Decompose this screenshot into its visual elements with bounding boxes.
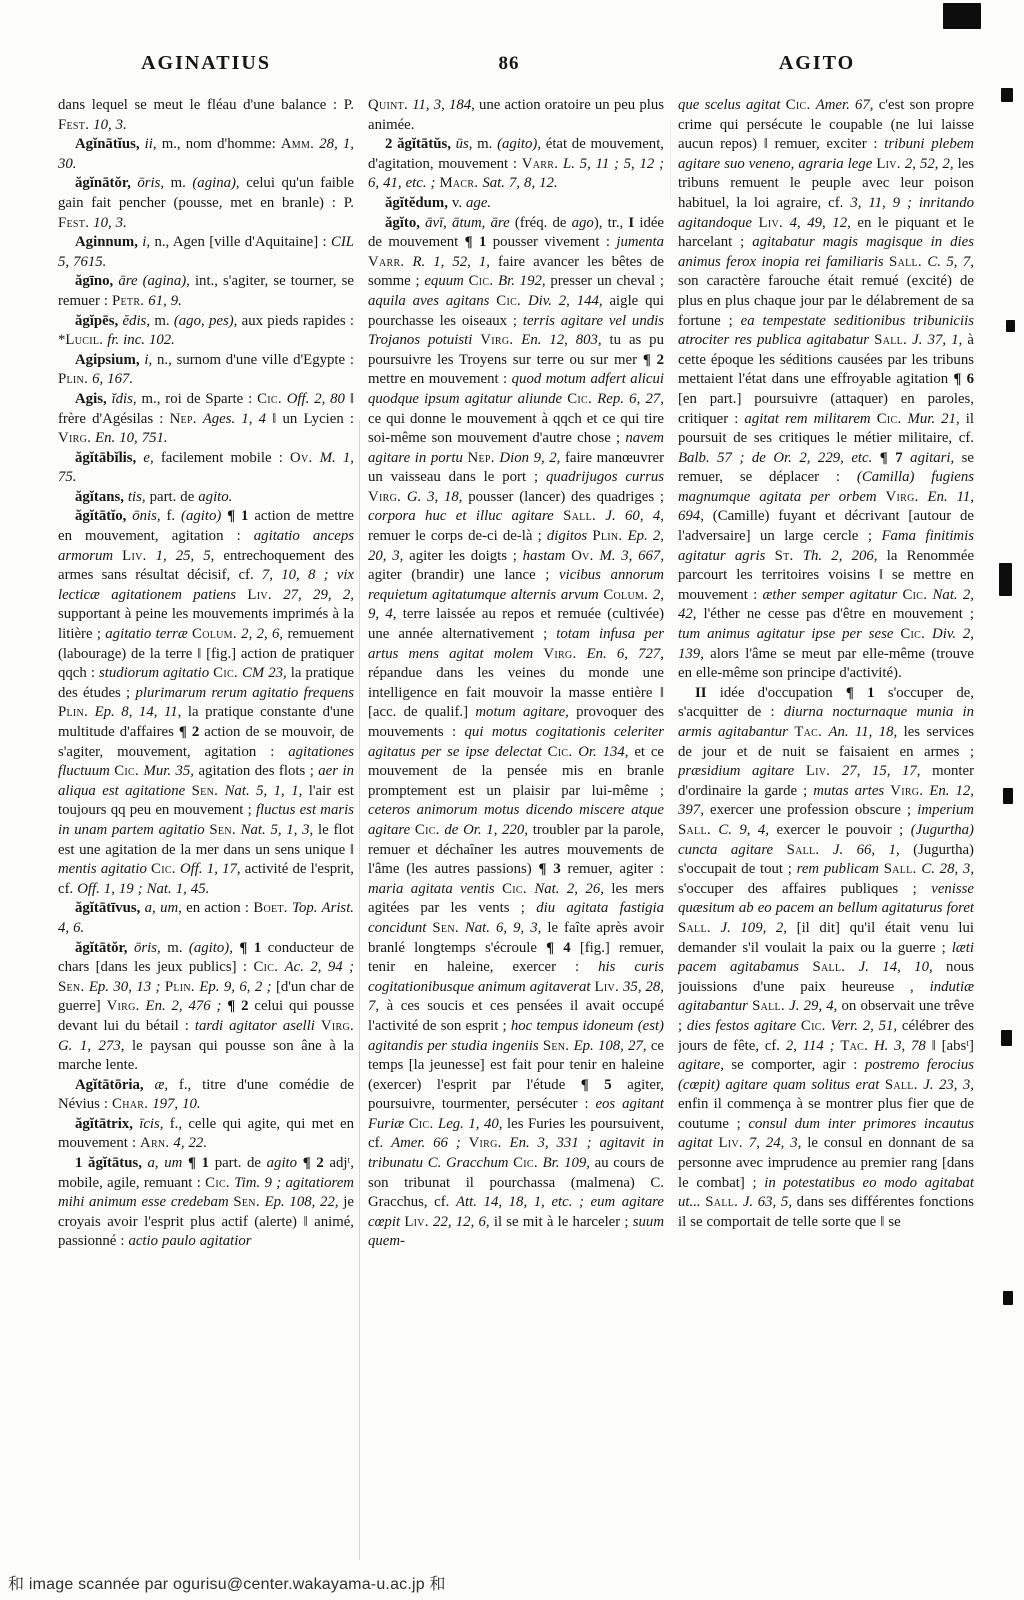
dictionary-paragraph: Quint. 11, 3, 184, une action oratoire u…	[368, 96, 664, 135]
text-run: ăgĭnātŏr,	[75, 175, 131, 191]
text-run: ‖ se	[880, 1214, 900, 1230]
dictionary-paragraph: ăgĭpēs, ĕdis, m. (ago, pes), aux pieds r…	[58, 312, 354, 351]
text-run: ăgīno,	[75, 273, 113, 289]
text-columns: dans lequel se meut le fléau d'une balan…	[58, 96, 974, 1558]
text-run	[845, 959, 858, 975]
column-rule	[670, 120, 671, 200]
text-run: agiter (brandir) une lance ;	[368, 567, 559, 583]
text-run	[502, 1135, 510, 1151]
text-run: En. 3, 331 ;	[510, 1135, 592, 1151]
text-run: CM 23,	[242, 665, 287, 681]
text-run: ōris,	[127, 940, 160, 956]
scan-artifact	[1001, 1030, 1012, 1046]
text-run: Sall.	[705, 1194, 738, 1210]
text-run: Mur. 35,	[144, 763, 195, 779]
text-run: ¶ 2	[221, 998, 254, 1014]
text-run: En. 12, 803,	[521, 332, 601, 348]
text-run: Sen.	[432, 920, 458, 936]
text-run: Liv.	[876, 156, 900, 172]
text-run: 3, 11, 9 ;	[850, 195, 912, 211]
text-run: Virg.	[107, 998, 140, 1014]
text-run	[925, 626, 932, 642]
text-run: 1, 25, 5,	[147, 548, 215, 564]
text-run: agitat rem militarem	[744, 411, 870, 427]
text-run: plurimarum rerum agitatio frequens	[135, 685, 354, 701]
text-run: a, um,	[140, 900, 182, 916]
text-run: Lucil.	[65, 332, 103, 348]
text-run: quadrijugos currus	[546, 469, 664, 485]
text-run: 22, 12, 6,	[433, 1214, 490, 1230]
text-run: C. 28, 3,	[921, 861, 974, 877]
text-run: An. 11, 18,	[829, 724, 898, 740]
text-run: ăgĭtĕdum,	[385, 195, 448, 211]
text-run: ce qui donne le mouvement à qqch et ce q…	[368, 411, 664, 447]
text-run: Nat. 6, 9, 3,	[465, 920, 541, 936]
dictionary-column-2: Quint. 11, 3, 184, une action oratoire u…	[368, 96, 664, 1558]
text-run: æther semper agitatur	[763, 587, 898, 603]
text-run: Th. 2, 206,	[803, 548, 878, 564]
text-run: II	[695, 685, 707, 701]
text-run: Sen.	[543, 1038, 569, 1054]
text-run	[877, 489, 886, 505]
text-run: Att. 14, 18, 1, etc. ;	[456, 1194, 584, 1210]
text-run: i,	[140, 352, 153, 368]
text-run: Cic.	[415, 822, 440, 838]
text-run: Petr.	[112, 293, 144, 309]
text-run: īcis,	[133, 1116, 164, 1132]
text-run: Virg.	[368, 489, 401, 505]
text-run: Nep.	[170, 411, 197, 427]
text-run: Nat. 1, 45.	[147, 881, 210, 897]
text-run: ¶ 2	[643, 352, 664, 368]
dictionary-paragraph: ăgĭtātrix, īcis, f., celle qui agite, qu…	[58, 1115, 354, 1154]
text-run: ūs,	[451, 136, 473, 152]
scan-artifact	[1003, 1291, 1013, 1305]
text-run: Dion 9, 2,	[499, 450, 560, 466]
text-run	[584, 1194, 591, 1210]
text-run: J. 29, 4,	[789, 998, 837, 1014]
text-run: Liv.	[404, 1214, 428, 1230]
text-run: l'éther ne cesse pas d'être en mouvement…	[697, 606, 975, 622]
text-run: Tac.	[794, 724, 822, 740]
text-run: de Or. 1, 220,	[444, 822, 528, 838]
text-run: ¶ 1	[465, 234, 493, 250]
text-run: part. de	[215, 1155, 267, 1171]
text-run: ¶ 5	[581, 1077, 627, 1093]
running-head: AGINATIUS 86 AGITO	[58, 52, 970, 75]
text-run: Virg.	[469, 1135, 502, 1151]
text-run: Sall.	[889, 254, 922, 270]
text-run: Cic.	[801, 1018, 826, 1034]
text-run: 7, 24, 3,	[749, 1135, 802, 1151]
dictionary-paragraph: dans lequel se meut le fléau d'une balan…	[58, 96, 354, 135]
text-run: En. 10, 751.	[91, 430, 168, 446]
text-run: 1 ăgĭtātus,	[75, 1155, 142, 1171]
text-run: J. 23, 3,	[923, 1077, 974, 1093]
text-run: 2, 114 ;	[786, 1038, 835, 1054]
text-run: 2, 52, 2,	[905, 156, 954, 172]
text-run: ¶ 2	[297, 1155, 329, 1171]
text-run	[711, 920, 721, 936]
text-run	[919, 489, 928, 505]
text-run: Cic.	[877, 411, 902, 427]
text-run: ), tr.,	[594, 215, 629, 231]
text-run: que scelus agitat	[678, 97, 780, 113]
text-run: Rep. 6, 27,	[597, 391, 664, 407]
text-run: fr. inc. 102.	[103, 332, 175, 348]
text-run: il se mit à le harceler ;	[490, 1214, 633, 1230]
text-run: pousser vivement :	[493, 234, 617, 250]
text-run	[794, 548, 803, 564]
text-run: 10, 3.	[89, 215, 127, 231]
text-run: ¶ 4	[546, 940, 580, 956]
text-run	[596, 508, 605, 524]
text-run: Arn.	[140, 1135, 169, 1151]
text-run: Boet.	[253, 900, 288, 916]
text-run: agito.	[198, 489, 232, 505]
text-run: Ov.	[290, 450, 313, 466]
text-run: En. 2, 476 ;	[146, 998, 222, 1014]
text-run: m., nom d'homme:	[157, 136, 281, 152]
text-run: Ep. 9, 6, 2 ;	[199, 979, 271, 995]
text-run: motum agitare,	[475, 704, 568, 720]
dictionary-column-1: dans lequel se meut le fléau d'une balan…	[58, 96, 354, 1558]
text-run: n., Agen [ville d'Aquitaine] :	[150, 234, 331, 250]
text-run: ōnis,	[126, 508, 160, 524]
text-run: ĭdis,	[107, 391, 137, 407]
text-run: digitos	[547, 528, 587, 544]
text-run: 6, 167.	[88, 371, 133, 387]
text-run: H. 3, 78	[874, 1038, 926, 1054]
text-run: Br. 192,	[498, 273, 546, 289]
text-run: Sall.	[874, 332, 907, 348]
text-run: Cic.	[205, 1175, 230, 1191]
text-run: Mur. 21,	[908, 411, 960, 427]
text-run: tum animus agitatur ipse per sese	[678, 626, 893, 642]
text-run: f.	[161, 508, 181, 524]
text-run: Liv.	[122, 548, 146, 564]
text-run: Sall.	[563, 508, 596, 524]
text-run: exercer le pouvoir ;	[769, 822, 911, 838]
text-run: Ep. 30, 13 ;	[89, 979, 161, 995]
text-run: Plin.	[165, 979, 195, 995]
text-run: J. 14, 10,	[859, 959, 933, 975]
text-run: Fest.	[58, 215, 89, 231]
text-run: Sall.	[678, 822, 711, 838]
text-run: e,	[136, 450, 153, 466]
text-run	[329, 567, 337, 583]
text-run: Liv.	[759, 215, 783, 231]
text-run: a, um	[142, 1155, 182, 1171]
text-run: en action :	[182, 900, 253, 916]
text-run	[554, 508, 563, 524]
text-run: Sall.	[678, 920, 711, 936]
text-run: G. 1, 273,	[58, 1038, 124, 1054]
dictionary-column-3: que scelus agitat Cic. Amer. 67, c'est s…	[678, 96, 974, 1558]
dictionary-paragraph: Agĭtātōria, æ, f., titre d'une comédie d…	[58, 1076, 354, 1115]
text-run: ăgĭto,	[385, 215, 420, 231]
dictionary-paragraph: Aginnum, i, n., Agen [ville d'Aquitaine]…	[58, 233, 354, 272]
dictionary-paragraph: ăgĭto, āvī, ātum, āre (fréq. de ago), tr…	[368, 214, 664, 1252]
text-run: Or. 134,	[578, 744, 628, 760]
text-run: G. 3, 18,	[407, 489, 463, 505]
text-run: age.	[466, 195, 491, 211]
text-run: Virg.	[58, 430, 91, 446]
text-run: Cic.	[257, 391, 282, 407]
text-run: æ,	[144, 1077, 168, 1093]
text-run: Cic.	[900, 626, 925, 642]
scanned-dictionary-page: AGINATIUS 86 AGITO dans lequel se meut l…	[0, 0, 1024, 1600]
text-run: agitatio terræ	[105, 626, 187, 642]
text-run: Sen.	[209, 822, 235, 838]
text-run: St.	[775, 548, 794, 564]
text-run: ăgĭtābĭlis,	[75, 450, 136, 466]
text-run	[799, 959, 812, 975]
text-run: corpora huc et illuc agitare	[368, 508, 554, 524]
page-number: 86	[354, 53, 664, 75]
text-run: Ages. 1, 4	[197, 411, 266, 427]
text-run: Cic.	[213, 665, 238, 681]
text-run: Cic.	[114, 763, 139, 779]
text-run: En. 6, 727,	[587, 646, 664, 662]
text-run: ii,	[140, 136, 157, 152]
text-run: ōris,	[131, 175, 164, 191]
text-run: ¶ 6	[953, 371, 974, 387]
text-run: m.	[161, 940, 189, 956]
text-run: Sall.	[752, 998, 785, 1014]
text-run: Aginnum,	[75, 234, 138, 250]
text-run: Ep. 108, 27,	[574, 1038, 647, 1054]
text-run: part. de	[146, 489, 199, 505]
text-run: presser un cheval ;	[546, 273, 664, 289]
text-run: Ep. 8, 14, 11,	[95, 704, 182, 720]
text-run: Cic.	[513, 1155, 538, 1171]
text-run: dans lequel se meut le fléau d'une balan…	[58, 97, 354, 113]
text-run: 4, 22.	[169, 1135, 207, 1151]
text-run: tardi agitator aselli	[195, 1018, 315, 1034]
text-run: s'occuper des affaires publiques ;	[678, 881, 931, 897]
text-run: ĕdis,	[118, 313, 150, 329]
scan-artifact	[999, 563, 1012, 596]
text-run: Liv.	[247, 587, 271, 603]
text-run: 197, 10.	[148, 1096, 200, 1112]
text-run: agitari,	[910, 450, 954, 466]
text-run: ‖ un Lycien :	[266, 411, 354, 427]
text-run: ăgĭpēs,	[75, 313, 118, 329]
text-run	[236, 587, 247, 603]
text-run: Sall.	[884, 861, 917, 877]
text-run: Br. 109,	[543, 1155, 590, 1171]
text-run: Cic.	[409, 1116, 434, 1132]
text-run: Verr. 2, 51,	[830, 1018, 897, 1034]
text-run: m.	[150, 313, 174, 329]
text-run	[113, 548, 122, 564]
text-run: se comporter, agir :	[724, 1057, 865, 1073]
text-run: v.	[448, 195, 466, 211]
text-run: 27, 29, 2,	[272, 587, 354, 603]
dictionary-paragraph: Agipsium, i, n., surnom d'une ville d'Eg…	[58, 351, 354, 390]
text-run: Sen.	[192, 783, 218, 799]
text-run: 10, 3.	[89, 117, 127, 133]
dictionary-paragraph: ăgĭtātŏr, ōris, m. (agito), ¶ 1 conducte…	[58, 939, 354, 1076]
text-run: Liv.	[718, 1135, 742, 1151]
text-run: Ov.	[571, 548, 594, 564]
text-run: Tim. 9 ;	[234, 1175, 281, 1191]
text-run: Virg.	[886, 489, 919, 505]
dictionary-paragraph: Agĭnātĭus, ii, m., nom d'homme: Amm. 28,…	[58, 135, 354, 174]
text-run: Fest.	[58, 117, 89, 133]
text-run: Cic.	[548, 744, 573, 760]
text-run: (fréq. de	[510, 215, 572, 231]
column-rule	[359, 420, 360, 1560]
running-head-right: AGITO	[664, 52, 970, 75]
text-run: ăgĭtātĭo,	[75, 508, 126, 524]
text-run: m.	[472, 136, 497, 152]
scan-artifact	[1003, 788, 1013, 804]
text-run: Plin.	[58, 371, 88, 387]
text-run: J. 109, 2,	[721, 920, 788, 936]
text-run: Macr.	[439, 175, 478, 191]
text-run: Sall.	[885, 1077, 918, 1093]
text-run: Liv.	[806, 763, 830, 779]
text-run: Varr.	[368, 254, 404, 270]
text-run: ¶ 1	[221, 508, 254, 524]
text-run: ¶ 1	[846, 685, 888, 701]
text-run: Ac. 2, 94 ;	[285, 959, 354, 975]
text-run: ¶ 2	[179, 724, 204, 740]
dictionary-paragraph: ăgĭtans, tis, part. de agito.	[58, 488, 354, 508]
text-run: mettre en mouvement :	[368, 371, 512, 387]
dictionary-paragraph: 1 ăgĭtātus, a, um ¶ 1 part. de agito ¶ 2…	[58, 1154, 354, 1252]
text-run: Balb. 57 ; de Or. 2, 229, etc.	[678, 450, 872, 466]
dictionary-paragraph: ăgīno, āre (agina), int., s'agiter, se t…	[58, 272, 354, 311]
text-run: J. 60, 4,	[605, 508, 664, 524]
text-run: ¶ 3	[539, 861, 568, 877]
text-run: Cic.	[496, 293, 521, 309]
dictionary-paragraph: II idée d'occupation ¶ 1 s'occuper de, s…	[678, 684, 974, 1233]
text-run: imperium	[917, 802, 974, 818]
text-run: ¶ 1	[182, 1155, 214, 1171]
text-run: (ago, pes),	[174, 313, 237, 329]
text-run	[912, 195, 919, 211]
text-run: 2, 2, 6,	[237, 626, 283, 642]
dictionary-paragraph: 2 ăgĭtātŭs, ūs, m. (agito), état de mouv…	[368, 135, 664, 194]
scan-artifact	[1006, 320, 1015, 332]
text-run: Tac.	[840, 1038, 868, 1054]
text-run: hastam	[523, 548, 566, 564]
text-run: Nep.	[468, 450, 495, 466]
text-run: exercer une profession obscure ;	[704, 802, 917, 818]
text-run: (agito)	[181, 508, 221, 524]
text-run: Cic.	[567, 391, 592, 407]
text-run: Leg. 1, 40,	[438, 1116, 503, 1132]
text-run: 61, 9.	[144, 293, 182, 309]
text-run	[830, 763, 842, 779]
text-run: Ep. 108, 22,	[265, 1194, 339, 1210]
text-run: actio paulo agitatior	[128, 1233, 251, 1249]
text-run: C. 5, 7,	[927, 254, 974, 270]
text-run: Plin.	[58, 704, 88, 720]
text-run: ăgĭtātrix,	[75, 1116, 133, 1132]
text-run	[773, 842, 786, 858]
scan-artifact	[943, 3, 981, 29]
dictionary-paragraph: Agis, ĭdis, m., roi de Sparte : Cic. Off…	[58, 390, 354, 449]
dictionary-paragraph: ăgĭnātŏr, ōris, m. (agina), celui qu'un …	[58, 174, 354, 233]
text-run: agitare,	[678, 1057, 724, 1073]
text-run	[576, 646, 586, 662]
text-run: (agito),	[189, 940, 233, 956]
text-run: mentis agitatio	[58, 861, 147, 877]
text-run: Liv.	[595, 979, 619, 995]
text-run: Cic.	[253, 959, 278, 975]
text-run: præsidium agitare	[678, 763, 794, 779]
text-run: maria agitata ventis	[368, 881, 495, 897]
scan-artifact	[1001, 88, 1013, 102]
text-run: Div. 2, 144,	[528, 293, 603, 309]
text-run: 2 ăgĭtātŭs,	[385, 136, 451, 152]
text-run	[533, 646, 543, 662]
text-run: āvī, ātum, āre	[420, 215, 510, 231]
dictionary-paragraph: ăgĭtātĭo, ōnis, f. (agito) ¶ 1 action de…	[58, 507, 354, 899]
text-run: agitation des flots ;	[194, 763, 318, 779]
text-run: mutas artes	[813, 783, 884, 799]
text-run: Off. 1, 19 ;	[77, 881, 142, 897]
text-run	[765, 548, 774, 564]
text-run: Sen.	[58, 979, 84, 995]
running-head-left: AGINATIUS	[58, 52, 354, 75]
text-run: idée d'occupation	[707, 685, 846, 701]
text-run: Off. 1, 17,	[180, 861, 241, 877]
scan-credit-note: 和 image scannée par ogurisu@center.wakay…	[8, 1571, 446, 1594]
text-run: Amer. 67,	[816, 97, 874, 113]
text-run: equum	[424, 273, 463, 289]
text-run: Agipsium,	[75, 352, 140, 368]
text-run: Sall.	[812, 959, 845, 975]
text-run: (agito),	[497, 136, 541, 152]
text-run: Agĭtātōria,	[75, 1077, 144, 1093]
text-run: Cic.	[903, 587, 928, 603]
text-run	[819, 842, 832, 858]
text-run: studiorum agitatio	[99, 665, 209, 681]
text-run: Nat. 2, 26,	[534, 881, 604, 897]
text-run	[461, 1135, 469, 1151]
text-run: remuer le corps de-ci de-là ;	[368, 528, 547, 544]
text-run: Varr.	[522, 156, 558, 172]
text-run: ago	[572, 215, 594, 231]
text-run: Nat. 5, 1, 3,	[241, 822, 314, 838]
text-run: ăgĭtans,	[75, 489, 124, 505]
text-run: Agĭnātĭus,	[75, 136, 140, 152]
text-run: dies festos agitare	[687, 1018, 796, 1034]
text-run: agito	[267, 1155, 297, 1171]
text-run: Cic.	[469, 273, 494, 289]
text-run: ¶ 1	[233, 940, 268, 956]
text-run: tis,	[124, 489, 146, 505]
text-run: Sen.	[233, 1194, 259, 1210]
text-run: Cic.	[502, 881, 527, 897]
text-run: 11, 3, 184,	[412, 97, 475, 113]
text-run: Sall.	[787, 842, 820, 858]
text-run: J. 63, 5,	[743, 1194, 792, 1210]
text-run: aquila aves agitans	[368, 293, 489, 309]
text-run: 7, 10, 8 ;	[262, 567, 329, 583]
text-run: (agina),	[192, 175, 239, 191]
text-run: J. 37, 1,	[912, 332, 962, 348]
text-run: Nat. 5, 1, 1,	[225, 783, 303, 799]
text-run: J. 66, 1,	[833, 842, 900, 858]
text-run: Amer. 66 ;	[391, 1135, 461, 1151]
text-run: R. 1, 52, 1,	[412, 254, 490, 270]
